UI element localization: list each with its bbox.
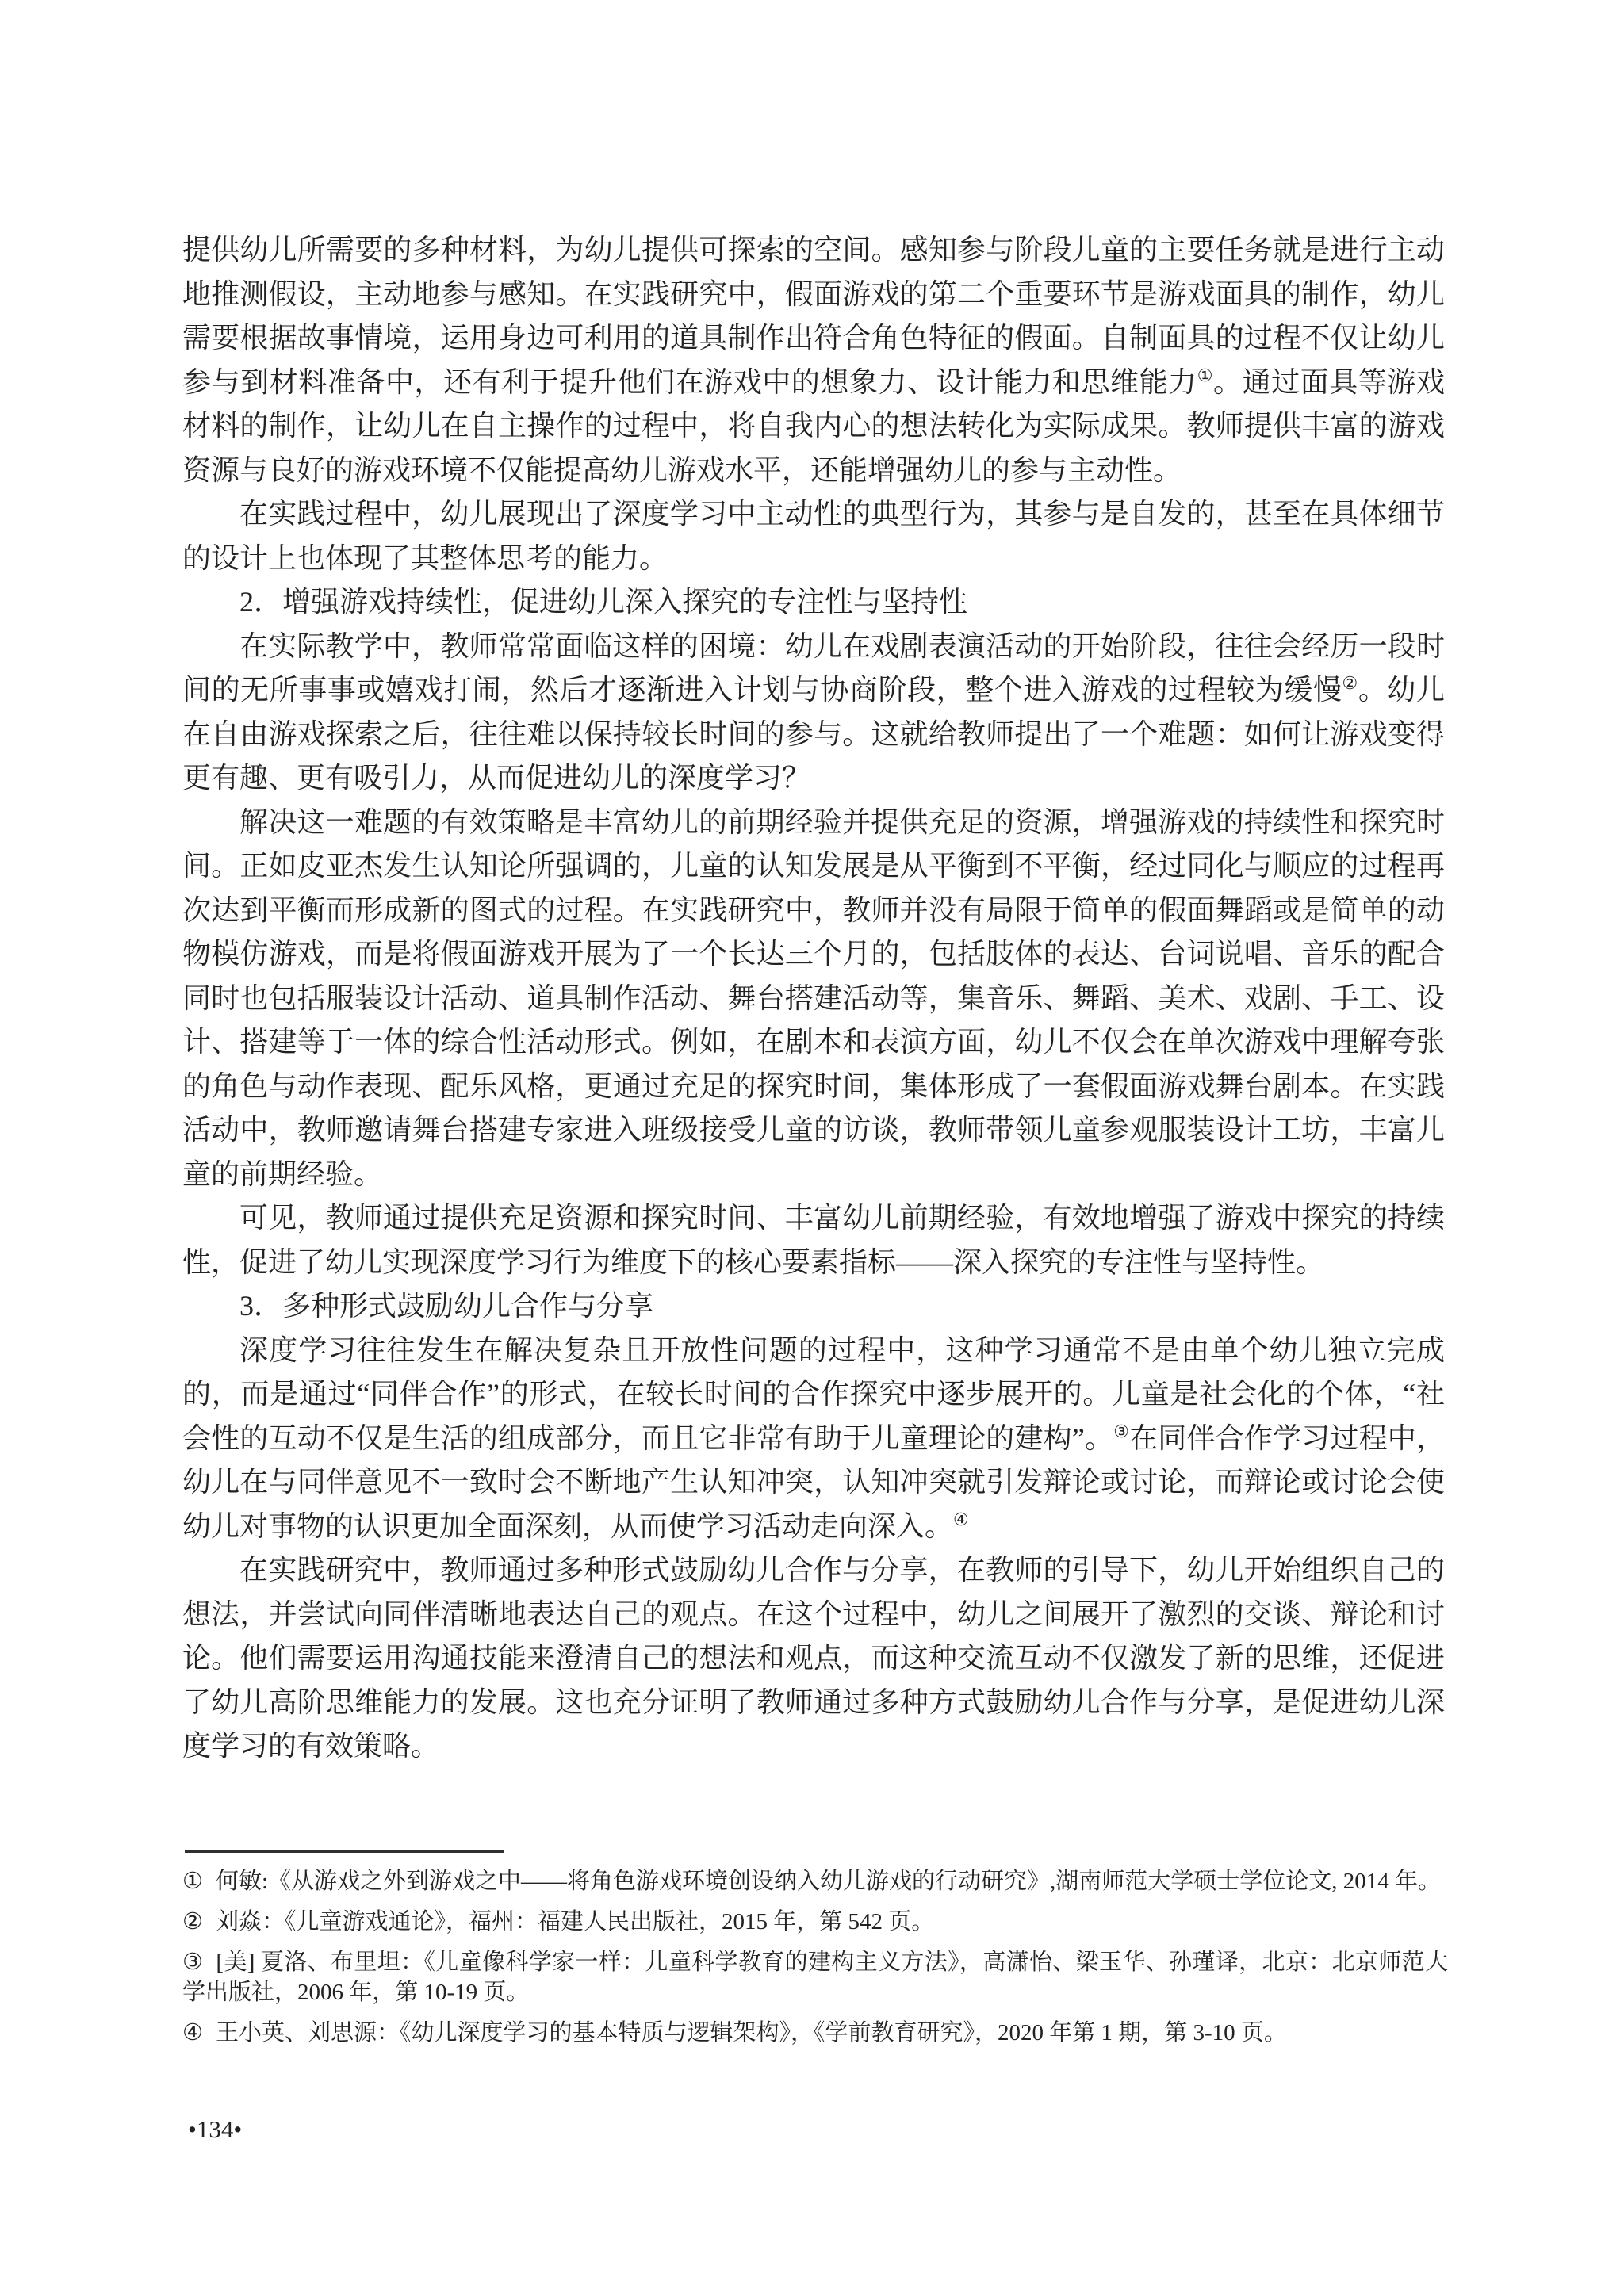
body-paragraph: 可见，教师通过提供充足资源和探究时间、丰富幼儿前期经验，有效地增强了游戏中探究的…: [182, 1196, 1445, 1284]
footnote-marker: ④: [182, 2020, 216, 2045]
footnote-ref: ④: [953, 1510, 969, 1529]
footnote-text: 何敏:《从游戏之外到游戏之中——将角色游戏环境创设纳入幼儿游戏的行动研究》,湖南…: [216, 1869, 1441, 1894]
footnote-separator: [185, 1850, 504, 1853]
footnote: ③[美] 夏洛、布里坦：《儿童像科学家一样：儿童科学教育的建构主义方法》，高潇怡…: [182, 1947, 1448, 2007]
section-heading: 2．增强游戏持续性，促进幼儿深入探究的专注性与坚持性: [182, 580, 1445, 625]
footnote-text: 王小英、刘思源：《幼儿深度学习的基本特质与逻辑架构》，《学前教育研究》，2020…: [216, 2020, 1287, 2045]
footnote-text: 刘焱：《儿童游戏通论》，福州：福建人民出版社，2015 年，第 542 页。: [216, 1909, 934, 1934]
document-page: 提供幼儿所需要的多种材料，为幼儿提供可探索的空间。感知参与阶段儿童的主要任务就是…: [0, 0, 1624, 2296]
footnote: ①何敏:《从游戏之外到游戏之中——将角色游戏环境创设纳入幼儿游戏的行动研究》,湖…: [182, 1866, 1448, 1896]
footnote-ref: ①: [1197, 365, 1213, 385]
body-paragraph: 提供幼儿所需要的多种材料，为幼儿提供可探索的空间。感知参与阶段儿童的主要任务就是…: [182, 228, 1445, 492]
footnote-ref: ②: [1342, 673, 1358, 693]
body-paragraph: 在实践研究中，教师通过多种形式鼓励幼儿合作与分享，在教师的引导下，幼儿开始组织自…: [182, 1548, 1445, 1769]
footnote-marker: ①: [182, 1869, 216, 1894]
body-paragraph: 深度学习往往发生在解决复杂且开放性问题的过程中，这种学习通常不是由单个幼儿独立完…: [182, 1329, 1445, 1549]
footnote-text: [美] 夏洛、布里坦：《儿童像科学家一样：儿童科学教育的建构主义方法》，高潇怡、…: [182, 1950, 1448, 2005]
section-heading: 3．多种形式鼓励幼儿合作与分享: [182, 1284, 1445, 1329]
body-paragraph: 在实际教学中，教师常常面临这样的困境：幼儿在戏剧表演活动的开始阶段，往往会经历一…: [182, 625, 1445, 801]
body-paragraph: 解决这一难题的有效策略是丰富幼儿的前期经验并提供充足的资源，增强游戏的持续性和探…: [182, 801, 1445, 1197]
footnotes-section: ①何敏:《从游戏之外到游戏之中——将角色游戏环境创设纳入幼儿游戏的行动研究》,湖…: [182, 1866, 1448, 2058]
footnote-marker: ②: [182, 1909, 216, 1934]
footnote-ref: ③: [1113, 1422, 1129, 1441]
footnote-marker: ③: [182, 1950, 216, 1975]
footnote: ②刘焱：《儿童游戏通论》，福州：福建人民出版社，2015 年，第 542 页。: [182, 1907, 1448, 1937]
page-number: •134•: [188, 2115, 242, 2144]
body-paragraph: 在实践过程中，幼儿展现出了深度学习中主动性的典型行为，其参与是自发的，甚至在具体…: [182, 492, 1445, 580]
body-text: 提供幼儿所需要的多种材料，为幼儿提供可探索的空间。感知参与阶段儿童的主要任务就是…: [182, 228, 1445, 1769]
footnote: ④王小英、刘思源：《幼儿深度学习的基本特质与逻辑架构》，《学前教育研究》，202…: [182, 2018, 1448, 2048]
